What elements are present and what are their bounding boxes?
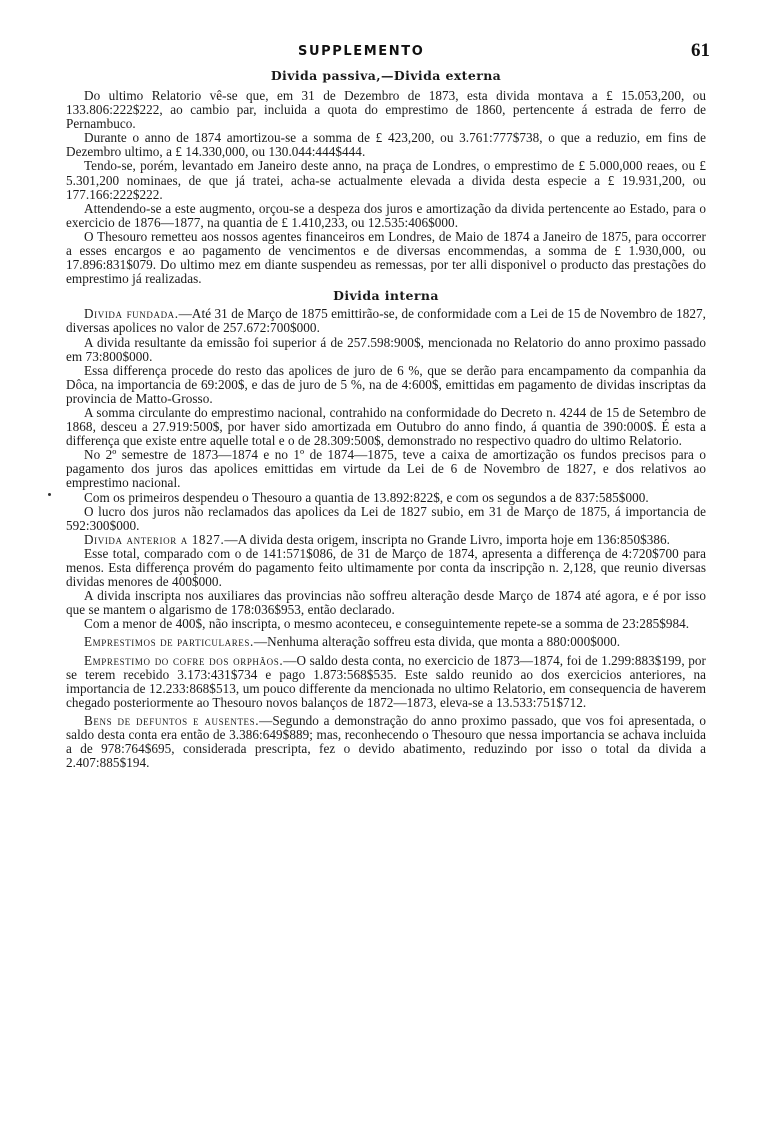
paragraph: Com a menor de 400$, não inscripta, o me… (66, 617, 706, 631)
paragraph: Tendo-se, porém, levantado em Janeiro de… (66, 159, 706, 201)
paragraph: O lucro dos juros não reclamados das apo… (66, 505, 706, 533)
paragraph: Durante o anno de 1874 amortizou-se a so… (66, 131, 706, 159)
paragraph-lead: Bens de defuntos e ausentes. (84, 713, 259, 728)
document-page: SUPPLEMENTO 61 Divida passiva,—Divida ex… (66, 40, 706, 770)
running-head: SUPPLEMENTO 61 (66, 40, 706, 62)
paragraph: A divida inscripta nos auxiliares das pr… (66, 589, 706, 617)
paragraph-lead: Divida anterior a 1827. (84, 532, 224, 547)
paragraph: Essa differença procede do resto das apo… (66, 364, 706, 406)
paragraph-bens-defuntos: Bens de defuntos e ausentes.—Segundo a d… (66, 714, 706, 770)
paragraph: O Thesouro remetteu aos nossos agentes f… (66, 230, 706, 286)
paragraph-lead: Divida fundada. (84, 306, 179, 321)
running-title: SUPPLEMENTO (298, 44, 424, 59)
page-number: 61 (691, 40, 710, 62)
paragraph-lead: Emprestimos de particulares. (84, 634, 254, 649)
paragraph: Com os primeiros despendeu o Thesouro a … (66, 491, 706, 505)
paragraph-divida-anterior: Divida anterior a 1827.—A divida desta o… (66, 533, 706, 547)
paragraph: Do ultimo Relatorio vê-se que, em 31 de … (66, 89, 706, 131)
paragraph-body: —Nenhuma alteração soffreu esta divida, … (254, 634, 620, 649)
paragraph-cofre-orphaos: Emprestimo do cofre dos orphãos.—O saldo… (66, 654, 706, 710)
paragraph-lead: Emprestimo do cofre dos orphãos. (84, 653, 283, 668)
paragraph: No 2º semestre de 1873—1874 e no 1º de 1… (66, 448, 706, 490)
margin-mark (48, 493, 51, 496)
paragraph: Attendendo-se a este augmento, orçou-se … (66, 202, 706, 230)
paragraph-divida-fundada: Divida fundada.—Até 31 de Março de 1875 … (66, 307, 706, 335)
paragraph-emprestimos-particulares: Emprestimos de particulares.—Nenhuma alt… (66, 635, 706, 649)
paragraph-body: —A divida desta origem, inscripta no Gra… (224, 532, 670, 547)
paragraph: Esse total, comparado com o de 141:571$0… (66, 547, 706, 589)
paragraph: A somma circulante do emprestimo naciona… (66, 406, 706, 448)
section-heading-divida-interna: Divida interna (66, 288, 706, 303)
paragraph: A divida resultante da emissão foi super… (66, 336, 706, 364)
section-heading-divida-externa: Divida passiva,—Divida externa (66, 68, 706, 83)
